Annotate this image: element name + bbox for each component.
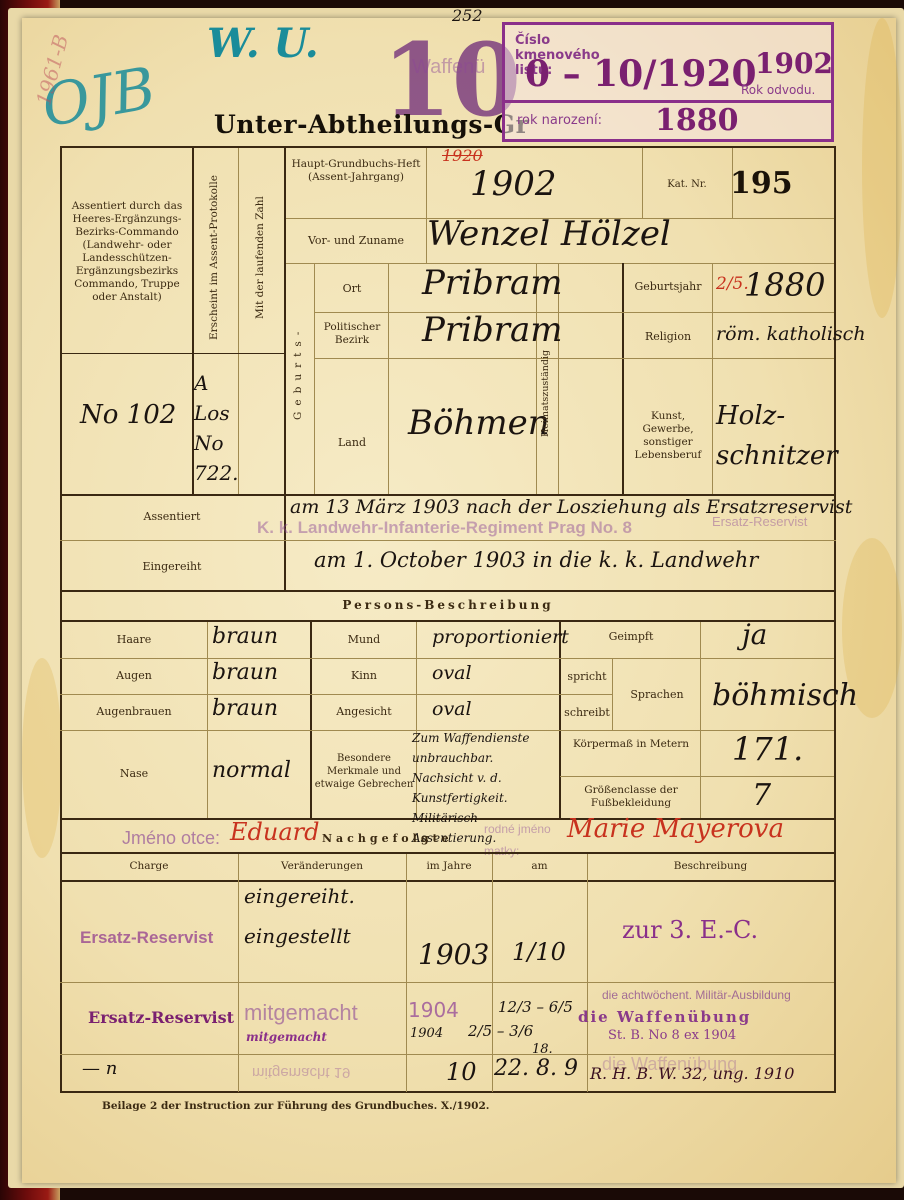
geburtsjahr-value: 1880 [744, 266, 825, 304]
desc-mid-label: Besondere Merkmale und etwaige Gebrechen [312, 752, 416, 791]
religion-value: röm. katholisch [716, 323, 866, 345]
desc-mid-label: Angesicht [312, 705, 416, 718]
changes-column-header: im Jahre [406, 860, 492, 873]
mother-value: Marie Mayerova [567, 814, 784, 844]
stamp-year-label: Rok odvodu. [741, 83, 815, 97]
beschreibung-value: die achtwöchent. Militär-Ausbildung [602, 988, 791, 1002]
bezirk-label: Politischer Bezirk [316, 321, 388, 347]
charge-value: — n [82, 1058, 117, 1079]
geimpft-value: ja [742, 618, 767, 651]
geburts-label: Geburts- [292, 298, 304, 448]
changes-column-header: Charge [60, 860, 238, 873]
geburtsjahr-label: Geburtsjahr [624, 280, 712, 293]
protokolle-label: Erscheint im Assent-Protokolle [208, 168, 220, 348]
am-value: 12/3 – 6/5 [498, 998, 573, 1016]
beschreibung-value: St. B. No 8 ex 1904 [608, 1028, 736, 1043]
charge-value: Ersatz-Reservist [88, 1008, 234, 1027]
veraenderungen-value: eingestellt [244, 924, 351, 948]
desc-label: Haare [62, 633, 206, 646]
hauptgrundbuch-value: 1902 [470, 164, 557, 204]
charge-value: Ersatz-Reservist [80, 928, 213, 948]
stamp-birth-value: 1880 [655, 103, 739, 138]
hauptgrundbuch-label: Haupt-Grundbuchs-Heft (Assent-Jahrgang) [288, 158, 424, 184]
desc-value: braun [212, 696, 278, 721]
stamp-year-value: 1902 [755, 47, 833, 80]
desc-mid-value: oval [432, 698, 472, 720]
changes-column-header: Beschreibung [587, 860, 834, 873]
veraenderungen-value: eingereiht. [244, 884, 355, 908]
changes-column-header: am [492, 860, 587, 873]
geimpft-label: Geimpft [562, 630, 700, 643]
katnr-label: Kat. Nr. [652, 178, 722, 191]
desc-mid-label: Mund [312, 633, 416, 646]
eingereiht-label: Eingereiht [62, 560, 282, 573]
laufende-zahl-label: Mit der laufenden Zahl [254, 168, 266, 348]
veraenderungen-value: mitgemacht [246, 1030, 327, 1044]
changes-column-header: Veränderungen [238, 860, 406, 873]
name-label: Vor- und Zuname [288, 234, 424, 247]
name-value: Wenzel Hölzel [427, 214, 671, 254]
desc-value: normal [212, 758, 291, 783]
ort-label: Ort [316, 282, 388, 295]
beruf-value: Holz-schnitzer [716, 396, 826, 476]
grundbuchblatt-page: 252 W. U. OJB 1961-B 10 Waffenü Unter-Ab… [22, 18, 896, 1183]
desc-label: Augenbrauen [62, 705, 206, 718]
ort-value: Pribram [422, 263, 563, 303]
beschreibung-value: R. H. B. W. 32, ung. 1910 [590, 1064, 794, 1083]
am-value: 1/10 [512, 938, 566, 966]
blue-initials: W. U. [207, 20, 319, 67]
desc-value: braun [212, 624, 278, 649]
commando-value: No 102 [80, 400, 176, 430]
schreibt-label: schreibt [562, 706, 612, 719]
veraenderungen-value: mitgemacht 19 [252, 1064, 350, 1081]
faint-waffen-stamp: Waffenü [412, 56, 485, 79]
am-value: 22. 8. 9 [494, 1056, 578, 1081]
koerpermass-label: Körpermaß in Metern [562, 738, 700, 751]
desc-mid-value: proportioniert [432, 626, 569, 648]
land-value: Böhmen [408, 403, 550, 443]
assentiert-label: Assentiert [62, 510, 282, 523]
jahr-value: 1904 [408, 998, 459, 1022]
land-label: Land [316, 436, 388, 449]
father-label: Jméno otce: [122, 828, 220, 849]
beschreibung-value: die Waffenübung [578, 1008, 751, 1026]
koerpermass-value: 171. [732, 730, 803, 768]
footer-note: Beilage 2 der Instruction zur Führung de… [102, 1100, 489, 1112]
am-value: 2/5 – 3/6 [468, 1022, 533, 1040]
czech-registry-stamp: Číslo kmenového listu: 0 – 10/1920 1902 … [502, 22, 834, 142]
stamp-birth-label: rok narození: [517, 113, 602, 128]
desc-mid-label: Kinn [312, 669, 416, 682]
beruf-label: Kunst, Gewerbe, sonstiger Lebensberuf [624, 410, 712, 462]
desc-mid-value: oval [432, 662, 472, 684]
beschreibung-value: zur 3. E.-C. [622, 916, 758, 944]
fussbekleidung-value: 7 [752, 778, 771, 813]
heimat-label: Heimatszuständig [540, 318, 551, 468]
stamp-number-value: 0 – 10/1920 [525, 53, 757, 95]
katnr-value: 195 [730, 166, 793, 201]
eingereiht-value: am 1. October 1903 in die k. k. Landwehr [314, 548, 758, 572]
desc-value: braun [212, 660, 278, 685]
desc-label: Nase [62, 767, 206, 780]
document-title: Unter-Abtheilungs-Gr [214, 110, 529, 139]
sprachen-label: Sprachen [614, 688, 700, 701]
ersatz-stamp-faint: Ersatz-Reservist [712, 514, 807, 529]
beschreibung-title: Persons-Beschreibung [22, 598, 874, 612]
father-value: Eduard [230, 818, 319, 846]
spricht-label: spricht [562, 670, 612, 683]
am-value: 18. [532, 1042, 553, 1057]
jahr-value: 1903 [418, 938, 489, 971]
mother-label: rodné jméno matky: [484, 818, 564, 862]
veraenderungen-value: mitgemacht [244, 1000, 358, 1026]
jahr-value: 1904 [410, 1026, 443, 1041]
sprachen-value: böhmisch [712, 678, 858, 713]
religion-label: Religion [624, 330, 712, 343]
landwehr-regiment-stamp: K. k. Landwehr-Infanterie-Regiment Prag … [257, 518, 632, 538]
protokolle-value: A Los No 722. [194, 368, 240, 488]
assentiert-commando-label: Assentiert durch das Heeres-Ergänzungs-B… [64, 200, 190, 304]
fussbekleidung-label: Größenclasse der Fußbekleidung [562, 784, 700, 810]
hauptgrundbuch-struck-value: 1920 [442, 146, 483, 165]
desc-label: Augen [62, 669, 206, 682]
jahr-value: 10 [446, 1058, 477, 1086]
nachgefolgte-label: Nachgefolgte [322, 832, 453, 845]
